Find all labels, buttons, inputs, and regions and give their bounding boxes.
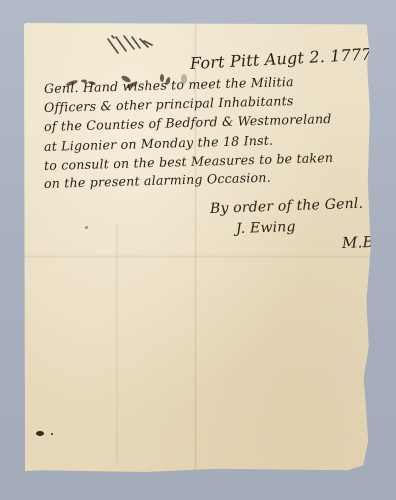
letter-line-3: of the Counties of Bedford & Westmorelan…	[44, 111, 332, 134]
letter-line-4: at Ligonier on Monday the 18 Inst.	[44, 133, 274, 154]
manuscript-page: Fort Pitt Augt 2. 1777. Genl. Hand wishe…	[24, 23, 372, 472]
letter-line-2: Officers & other principal Inhabitants	[44, 93, 294, 115]
ink-spot	[36, 431, 44, 436]
docket-scribble-mark	[104, 33, 156, 59]
signature-name: J. Ewing	[236, 219, 296, 237]
letter-line-5: to consult on the best Measures to be ta…	[44, 150, 334, 173]
letter-line-6: on the present alarming Occasion.	[44, 170, 271, 191]
paper-speck	[85, 226, 88, 229]
ink-dot	[51, 433, 53, 435]
dateline: Fort Pitt Augt 2. 1777.	[190, 44, 378, 73]
horizontal-fold-line	[24, 255, 372, 258]
secondary-fold-line	[116, 223, 118, 463]
closing-line: By order of the Genl.	[210, 196, 364, 217]
